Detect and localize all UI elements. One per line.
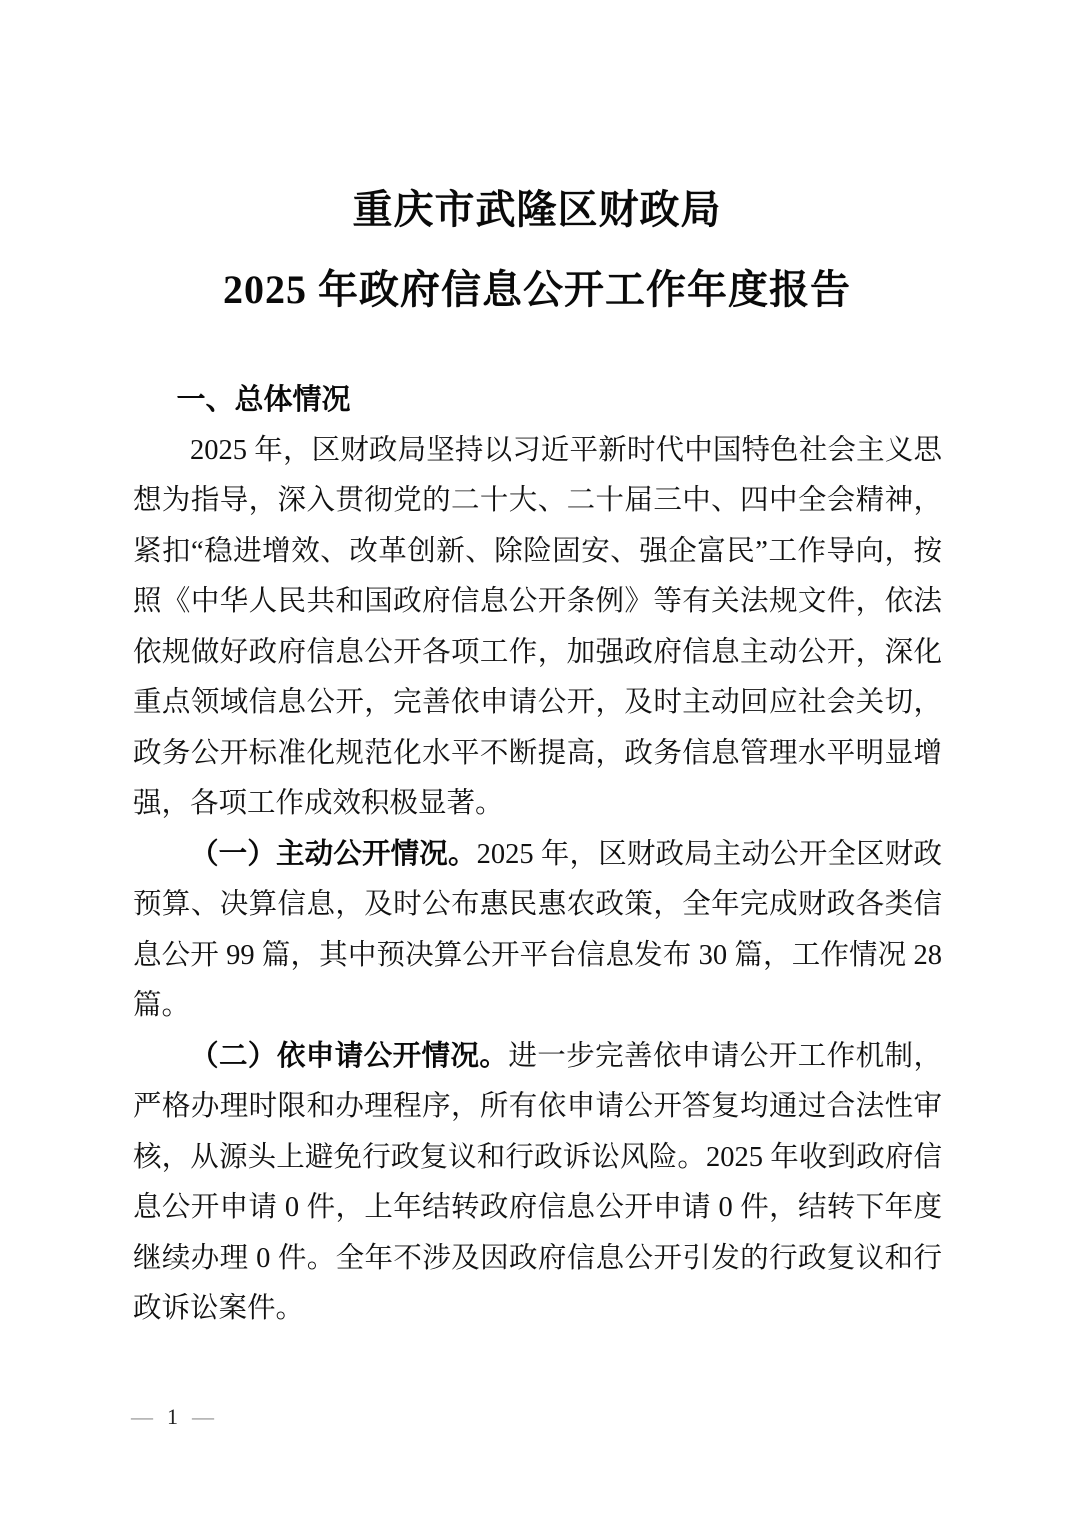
footer-dash-right: — [192, 1404, 214, 1429]
document-title: 重庆市武隆区财政局 2025 年政府信息公开工作年度报告 [0, 0, 1074, 330]
document-body: 一、总体情况 2025 年，区财政局坚持以习近平新时代中国特色社会主义思想为指导… [133, 375, 942, 1335]
footer-dash-left: — [131, 1404, 153, 1429]
title-line-1: 重庆市武隆区财政局 [0, 170, 1074, 250]
section-heading-overall-situation: 一、总体情况 [133, 375, 942, 426]
title-line-2: 2025 年政府信息公开工作年度报告 [0, 250, 1074, 330]
paragraph-proactive-disclosure: （一）主动公开情况。2025 年，区财政局主动公开全区财政预算、决算信息，及时公… [133, 830, 942, 1032]
document-page: 重庆市武隆区财政局 2025 年政府信息公开工作年度报告 一、总体情况 2025… [0, 0, 1074, 1520]
page-number: 1 [167, 1402, 178, 1432]
paragraph-request-lead: （二）依申请公开情况。 [190, 1041, 508, 1072]
paragraph-proactive-lead: （一）主动公开情况。 [190, 839, 477, 870]
paragraph-request-disclosure: （二）依申请公开情况。进一步完善依申请公开工作机制，严格办理时限和办理程序，所有… [133, 1032, 942, 1335]
paragraph-request-text: 进一步完善依申请公开工作机制，严格办理时限和办理程序，所有依申请公开答复均通过合… [133, 1041, 942, 1325]
paragraph-overview: 2025 年，区财政局坚持以习近平新时代中国特色社会主义思想为指导，深入贯彻党的… [133, 426, 942, 830]
page-footer: —1— [131, 1402, 214, 1432]
